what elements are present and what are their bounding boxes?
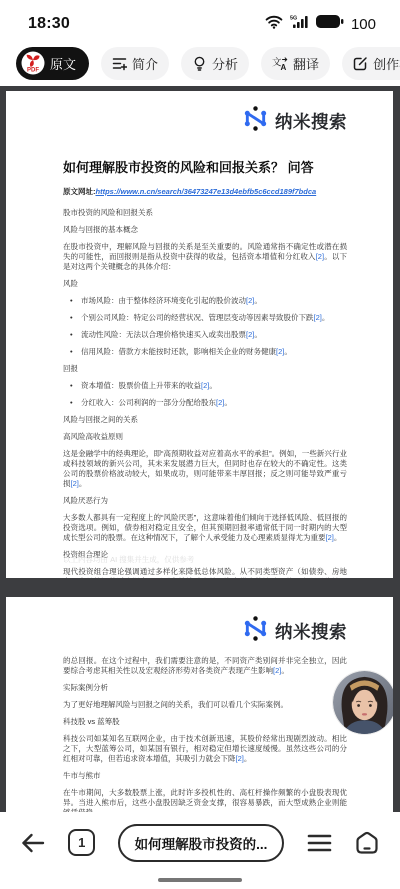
translate-button[interactable]: 文 A 翻译 (261, 47, 330, 80)
portrait-avatar (333, 671, 393, 734)
phone-screen: 18:30 5G (0, 0, 400, 889)
content-block: 风险厌恶行为 (63, 496, 347, 506)
analyze-label: 分析 (212, 54, 238, 73)
content-block: 市场风险：由于整体经济环境变化引起的股价波动[2]。 (63, 296, 347, 306)
content-block: 科技公司如某知名互联网企业，由于技术创新迅速，其股价经常出现剧烈波动。相比之下，… (63, 734, 347, 764)
citation-link[interactable]: [2] (326, 533, 334, 542)
citation-link[interactable]: [2] (246, 330, 254, 339)
ai-disclaimer: 以上内容均由 AI 搜集并生成，仅供参考 (63, 554, 194, 565)
summary-icon (112, 56, 127, 71)
svg-text:5G: 5G (290, 16, 297, 22)
home-indicator-handle[interactable] (158, 878, 242, 882)
source-url-link[interactable]: https://www.n.cn/search/36473247e13d4ebf… (96, 187, 317, 196)
citation-link[interactable]: [2] (216, 398, 224, 407)
nano-search-logo-icon (243, 106, 268, 136)
citation-link[interactable]: [2] (314, 313, 322, 322)
content-block: 风险与回报之间的关系 (63, 415, 347, 425)
content-block: 在股市投资中，理解风险与回报的关系是至关重要的。风险通常指不确定性或潜在损失的可… (63, 242, 347, 272)
content-block: 牛市与熊市 (63, 771, 347, 781)
translate-label: 翻译 (293, 54, 319, 73)
source-line: 原文网址:https://www.n.cn/search/36473247e13… (63, 187, 347, 197)
document-page-1: 纳米搜索 如何理解股市投资的风险和回报关系？ 问答 原文网址:https://w… (6, 91, 393, 578)
citation-link[interactable]: [2] (246, 296, 254, 305)
citation-link[interactable]: [2] (236, 754, 244, 763)
content-block: 现代投资组合理论强调通过多样化来降低总体风险。从不同类型资产（如债券、房地产、商… (63, 567, 347, 578)
content-block: 高风险高收益原则 (63, 432, 347, 442)
status-icons: 5G 100 (265, 14, 376, 34)
content-block: 风险与回报的基本概念 (63, 225, 347, 235)
create-video-icon (353, 56, 368, 71)
svg-text:PDF: PDF (27, 68, 39, 74)
create-video-label: 创作视频 (373, 54, 400, 73)
content-block: 信用风险：借款方未能按时还款，影响相关企业的财务健康[2]。 (63, 347, 347, 357)
svg-text:A: A (281, 63, 287, 71)
content-block: 实际案例分析 (63, 683, 347, 693)
analyze-button[interactable]: 分析 (181, 47, 249, 80)
source-label: 原文网址: (63, 187, 96, 196)
citation-link[interactable]: [2] (276, 347, 284, 356)
content-block: 科技股 vs 蓝筹股 (63, 717, 347, 727)
original-doc-label: 原文 (50, 54, 76, 73)
citation-link[interactable]: [2] (71, 479, 79, 488)
action-toolbar: PDF 原文 简介 分析 (0, 40, 400, 86)
original-doc-button[interactable]: PDF 原文 (16, 47, 89, 80)
citation-link[interactable]: [2] (201, 381, 209, 390)
content-block: 的总回报。在这个过程中，我们需要注意的是，不同资产类别间并非完全独立，因此要综合… (63, 656, 347, 676)
citation-link[interactable]: [2] (273, 666, 281, 675)
home-button[interactable] (354, 831, 380, 855)
create-video-button[interactable]: 创作视频 (342, 47, 400, 80)
summary-label: 简介 (132, 54, 158, 73)
brand-logo: 纳米搜索 (63, 107, 347, 135)
back-button[interactable] (20, 831, 46, 855)
tab-switcher-button[interactable]: 1 (68, 829, 95, 856)
tab-count: 1 (68, 829, 95, 856)
pdf-viewer[interactable]: 纳米搜索 如何理解股市投资的风险和回报关系？ 问答 原文网址:https://w… (0, 86, 400, 812)
page1-content: 股市投资的风险和回报关系 风险与回报的基本概念 在股市投资中，理解风险与回报的关… (63, 208, 347, 578)
battery-icon (315, 14, 344, 34)
analyze-icon (192, 56, 207, 71)
content-block: 股市投资的风险和回报关系 (63, 208, 347, 218)
content-block: 分红收入：公司利润的一部分分配给股东[2]。 (63, 398, 347, 408)
content-block: 风险 (63, 279, 347, 289)
content-block: 为了更好地理解风险与回报之间的关系，我们可以看几个实际案例。 (63, 700, 347, 710)
content-block: 在牛市期间，大多数股票上涨，此时许多投机性的、高杠杆操作频繁的小盘股表现优异。当… (63, 788, 347, 812)
brand-logo: 纳米搜索 (63, 617, 347, 645)
battery-percent: 100 (351, 16, 376, 33)
document-page-2: 纳米搜索 的总回报。在这个过程中，我们需要注意的是，不同资产类别间并非完全独立，… (6, 597, 393, 812)
content-block: 大多数人都具有一定程度上的“风险厌恶”，这意味着他们倾向于选择低风险、低回报的投… (63, 513, 347, 543)
document-title: 如何理解股市投资的风险和回报关系？ 问答 (63, 159, 347, 177)
pdf-badge-icon: PDF (21, 51, 45, 75)
translate-icon: 文 A (272, 56, 288, 71)
address-bar[interactable]: 如何理解股市投资的... (118, 824, 285, 862)
content-block: 个别公司风险：特定公司的经营状况、管理层变动等因素导致股价下跌[2]。 (63, 313, 347, 323)
clock: 18:30 (28, 15, 70, 33)
browser-nav-bar: 1 如何理解股市投资的... (0, 812, 400, 889)
summary-button[interactable]: 简介 (101, 47, 169, 80)
content-block: 回报 (63, 364, 347, 374)
citation-link[interactable]: [2] (316, 252, 324, 261)
brand-name: 纳米搜索 (275, 619, 347, 644)
wifi-icon (265, 15, 283, 34)
status-bar: 18:30 5G (0, 0, 400, 40)
cell-signal-icon: 5G (288, 14, 310, 34)
page2-content: 的总回报。在这个过程中，我们需要注意的是，不同资产类别间并非完全独立，因此要综合… (63, 656, 347, 812)
nano-search-logo-icon (243, 616, 268, 646)
content-block: 流动性风险：无法以合理价格快速买入或卖出股票[2]。 (63, 330, 347, 340)
content-block: 资本增值：股票价值上升带来的收益[2]。 (63, 381, 347, 391)
content-block: 这是金融学中的经典理论，即“高预期收益对应着高水平的承担”。例如，一些新兴行业或… (63, 449, 347, 489)
brand-name: 纳米搜索 (275, 109, 347, 134)
menu-button[interactable] (307, 832, 332, 854)
